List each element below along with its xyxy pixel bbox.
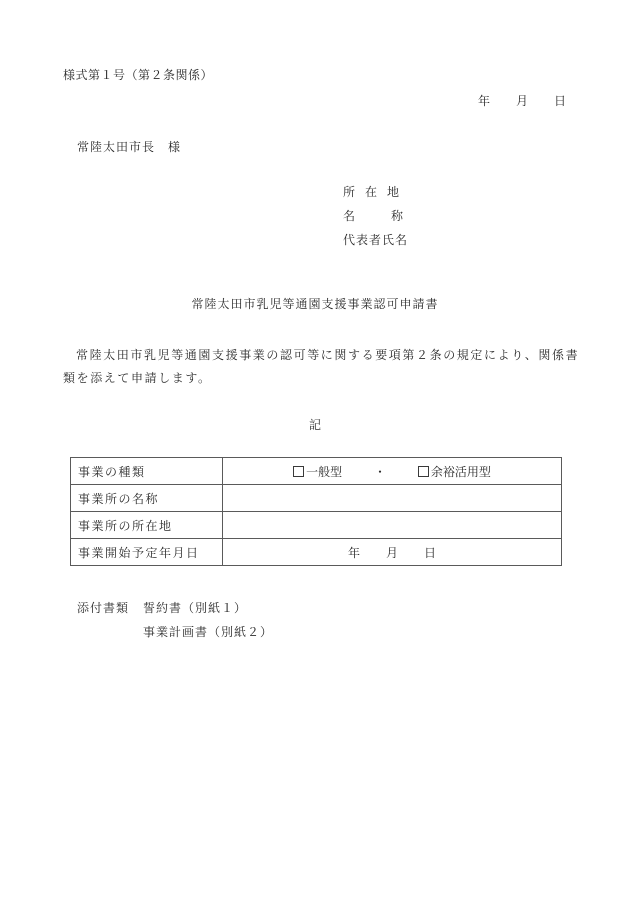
attachments: 添付書類誓約書（別紙１） 事業計画書（別紙２） (77, 596, 273, 644)
business-type-label: 事業の種類 (71, 458, 223, 485)
month-label: 月 (386, 544, 398, 561)
facility-name-field[interactable] (223, 485, 562, 512)
table-row: 事業所の名称 (71, 485, 562, 512)
submission-date: 年月日 (478, 92, 566, 109)
checkbox-icon[interactable] (293, 466, 304, 477)
year-label: 年 (478, 92, 490, 109)
table-row: 事業の種類 一般型 ・ 余裕活用型 (71, 458, 562, 485)
option-general[interactable]: 一般型 (293, 463, 342, 480)
facility-address-label: 事業所の所在地 (71, 512, 223, 539)
day-label: 日 (554, 92, 566, 109)
facility-address-field[interactable] (223, 512, 562, 539)
application-table: 事業の種類 一般型 ・ 余裕活用型 事業所の名称 事業所の所在地 事業開始予定年… (70, 457, 562, 566)
business-type-value: 一般型 ・ 余裕活用型 (223, 458, 562, 485)
attachments-label: 添付書類 (77, 596, 143, 620)
day-label: 日 (424, 544, 436, 561)
year-label: 年 (348, 544, 360, 561)
table-row: 事業開始予定年月日 年月日 (71, 539, 562, 566)
facility-name-label: 事業所の名称 (71, 485, 223, 512)
table-row: 事業所の所在地 (71, 512, 562, 539)
separator: ・ (374, 463, 386, 480)
start-date-field[interactable]: 年月日 (223, 539, 562, 566)
applicant-block: 所在地 名称 代表者氏名 (343, 185, 439, 257)
addressee: 常陸太田市長 様 (77, 138, 181, 155)
body-paragraph: 常陸太田市乳児等通園支援事業の認可等に関する要項第２条の規定により、関係書類を添… (63, 344, 583, 390)
ki-heading: 記 (0, 416, 630, 433)
body-text: 常陸太田市乳児等通園支援事業の認可等に関する要項第２条の規定により、関係書類を添… (63, 348, 579, 385)
start-date-label: 事業開始予定年月日 (71, 539, 223, 566)
document-title: 常陸太田市乳児等通園支援事業認可申請書 (0, 295, 630, 312)
option-surplus[interactable]: 余裕活用型 (418, 463, 491, 480)
month-label: 月 (516, 92, 528, 109)
checkbox-icon[interactable] (418, 466, 429, 477)
attachment-item: 事業計画書（別紙２） (143, 620, 273, 644)
form-number: 様式第１号（第２条関係） (63, 66, 213, 83)
applicant-name-label: 名称 (343, 209, 439, 233)
attachment-item: 誓約書（別紙１） (143, 596, 247, 620)
representative-name-label: 代表者氏名 (343, 233, 439, 257)
applicant-address-label: 所在地 (343, 185, 439, 209)
